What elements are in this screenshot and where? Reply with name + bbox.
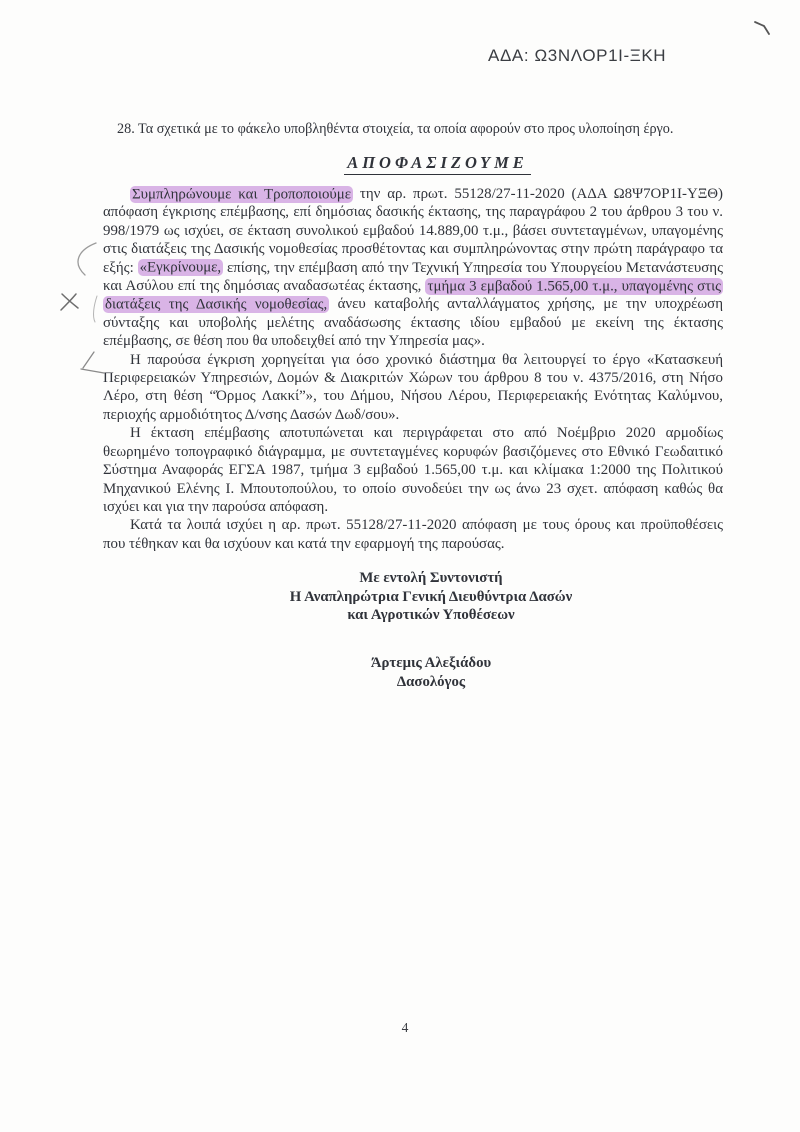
text-segment: Κατά τα λοιπά ισχύει η αρ. πρωτ. 55128/2…	[103, 517, 723, 551]
list-item-28: 28. Τα σχετικά με το φάκελο υποβληθέντα …	[117, 120, 723, 138]
signature-title-line: Η Αναπληρώτρια Γενική Διευθύντρια Δασών	[131, 588, 731, 607]
ada-code-header: ΑΔΑ: Ω3ΝΛΟΡ1Ι-ΞΚΗ	[488, 46, 666, 66]
paragraph: Η παρούσα έγκριση χορηγείται για όσο χρο…	[103, 351, 723, 425]
signer-name: Άρτεμις Αλεξιάδου	[131, 654, 731, 673]
text-segment: Η παρούσα έγκριση χορηγείται για όσο χρο…	[103, 352, 723, 423]
paragraph: Συμπληρώνουμε και Τροποποιούμε την αρ. π…	[103, 185, 723, 351]
pencil-angle-icon	[81, 352, 104, 373]
pencil-bracket-icon	[78, 243, 96, 275]
page-number: 4	[0, 1020, 800, 1036]
signer-block: Άρτεμις Αλεξιάδου Δασολόγος	[131, 654, 731, 691]
paragraph: Κατά τα λοιπά ισχύει η αρ. πρωτ. 55128/2…	[103, 516, 723, 553]
decision-heading: ΑΠΟΦΑΣΙΖΟΥΜΕ	[131, 153, 744, 175]
signature-authority-block: Με εντολή Συντονιστή Η Αναπληρώτρια Γενι…	[131, 569, 731, 625]
text-segment: Η έκταση επέμβασης αποτυπώνεται και περι…	[103, 425, 723, 515]
pencil-x-icon	[61, 294, 78, 310]
signer-role: Δασολόγος	[131, 673, 731, 692]
body-paragraphs: Συμπληρώνουμε και Τροποποιούμε την αρ. π…	[103, 185, 723, 553]
pencil-tick-icon	[755, 22, 769, 34]
highlighted-text: Συμπληρώνουμε και Τροποποιούμε	[130, 186, 353, 203]
paragraph: Η έκταση επέμβασης αποτυπώνεται και περι…	[103, 424, 723, 516]
highlighted-text: «Εγκρίνουμε,	[138, 259, 224, 276]
decision-heading-text: ΑΠΟΦΑΣΙΖΟΥΜΕ	[344, 153, 531, 175]
signature-title-line2: και Αγροτικών Υποθέσεων	[131, 606, 731, 625]
pencil-stroke-icon	[94, 296, 97, 322]
scanned-document-page: ΑΔΑ: Ω3ΝΛΟΡ1Ι-ΞΚΗ 28. Τα σχετικά με το φ…	[0, 0, 800, 1132]
signature-by-order-line: Με εντολή Συντονιστή	[131, 569, 731, 588]
